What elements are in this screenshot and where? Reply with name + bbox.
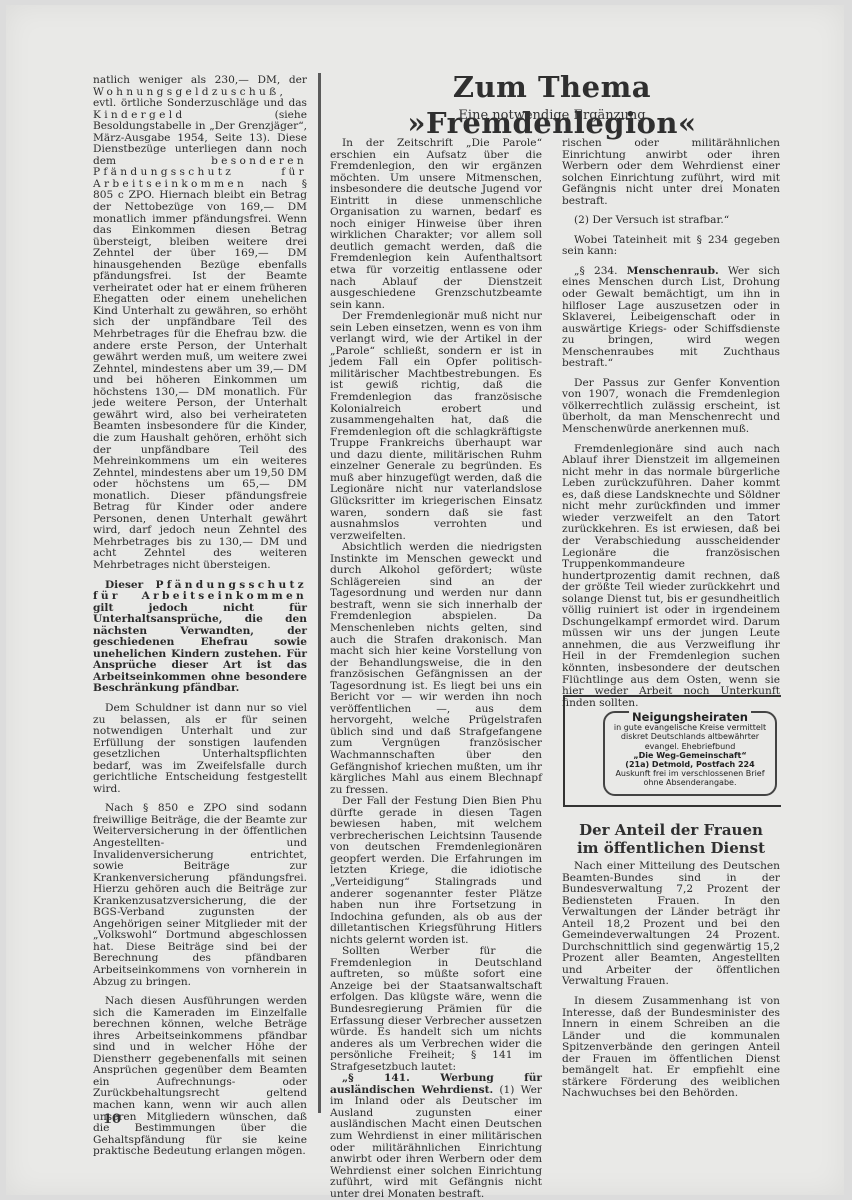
page-number: 10 — [103, 1112, 121, 1127]
law-quote-234: „§ 234. Menschenraub. Wer sich eines Men… — [562, 266, 780, 370]
paragraph: Fremdenlegionäre sind auch nach Ablauf i… — [562, 444, 780, 710]
paragraph: Nach § 850 e ZPO sind sodann freiwillige… — [93, 803, 307, 988]
paragraph: Der Fall der Festung Dien Bien Phu dürft… — [330, 796, 542, 946]
paragraph: In der Zeitschrift „Die Parole“ erschien… — [330, 138, 542, 311]
ad-text: in gute evangelische Kreise vermittelt d… — [605, 723, 775, 751]
advertisement-frame: Neigungsheiraten in gute evangelische Kr… — [563, 695, 781, 807]
text-run: Nach § 850 e ZPO sind sodann freiwillige… — [93, 802, 307, 987]
left-column-article-continuation: natlich weniger als 230,— DM, der Wohnun… — [93, 75, 307, 1158]
paragraph-bold: Dieser Pfändungsschutz für Arbeitseinkom… — [93, 580, 307, 695]
law-quote-text: Wer sich eines Menschen durch List, Droh… — [562, 265, 780, 369]
magazine-page: natlich weniger als 230,— DM, der Wohnun… — [6, 5, 844, 1195]
article-headline: Zum Thema »Fremdenlegion« — [324, 69, 780, 141]
paragraph: Nach einer Mitteilung des Deutschen Beam… — [562, 861, 780, 988]
paragraph: Wobei Tateinheit mit § 234 gegeben sein … — [562, 235, 780, 258]
paragraph: In diesem Zusammenhang ist von Interesse… — [562, 996, 780, 1100]
law-quote-text: (1) Wer im Inland oder als Deutscher im … — [330, 1084, 542, 1200]
text-run: Nach diesen Ausführungen werden sich die… — [93, 995, 307, 1157]
ad-footer: Auskunft frei im verschlossenen Brief oh… — [605, 769, 775, 787]
headline-line: im öffentlichen Dienst — [562, 839, 780, 857]
text-run: natlich weniger als 230,— DM, der — [93, 74, 307, 86]
article-subheadline: Eine notwendige Ergänzung — [324, 108, 780, 123]
text-run: nach § 805 c ZPO. Hiernach bleibt ein Be… — [93, 178, 307, 571]
ad-organization: „Die Weg-Gemeinschaft“ — [605, 751, 775, 760]
advertisement-box: Neigungsheiraten in gute evangelische Kr… — [603, 711, 777, 796]
text-run: Dem Schuldner ist dann nur so viel zu be… — [93, 702, 307, 795]
paragraph: Nach diesen Ausführungen werden sich die… — [93, 996, 307, 1158]
paragraph: Sollten Werber für die Fremdenlegion in … — [330, 946, 542, 1073]
text-run: Dieser — [105, 579, 155, 591]
emphasized-term: Wohnungsgeldzuschuß — [93, 86, 279, 98]
paragraph: natlich weniger als 230,— DM, der Wohnun… — [93, 75, 307, 572]
headline-line: Der Anteil der Frauen — [562, 821, 780, 839]
paragraph: Der Passus zur Genfer Konvention von 190… — [562, 378, 780, 436]
ad-address: (21a) Detmold, Postfach 224 — [605, 760, 775, 769]
paragraph: Dem Schuldner ist dann nur so viel zu be… — [93, 703, 307, 795]
text-run: gilt jedoch nicht für Unterhaltsansprüch… — [93, 602, 307, 695]
right-column: rischen oder militärähnlichen Einrichtun… — [562, 138, 780, 709]
paragraph: Der Fremdenlegionär muß nicht nur sein L… — [330, 311, 542, 542]
ad-title: Neigungsheiraten — [629, 711, 751, 723]
frauen-article-headline: Der Anteil der Frauen im öffentlichen Di… — [562, 821, 780, 857]
middle-column: In der Zeitschrift „Die Parole“ erschien… — [330, 138, 542, 1200]
emphasized-term: Kindergeld — [93, 109, 185, 121]
law-quote-heading: Menschenraub. — [627, 265, 719, 277]
frauen-article-body: Nach einer Mitteilung des Deutschen Beam… — [562, 861, 780, 1100]
paragraph-continuation: rischen oder militärähnlichen Einrichtun… — [562, 138, 780, 207]
paragraph: (2) Der Versuch ist strafbar.“ — [562, 215, 780, 227]
paragraph: Absichtlich werden die niedrigsten Insti… — [330, 542, 542, 796]
text-run: „§ 234. — [574, 265, 627, 277]
law-quote-141: „§ 141. Werbung für ausländischen Wehrdi… — [330, 1073, 542, 1200]
column-divider-rule — [318, 73, 321, 1113]
